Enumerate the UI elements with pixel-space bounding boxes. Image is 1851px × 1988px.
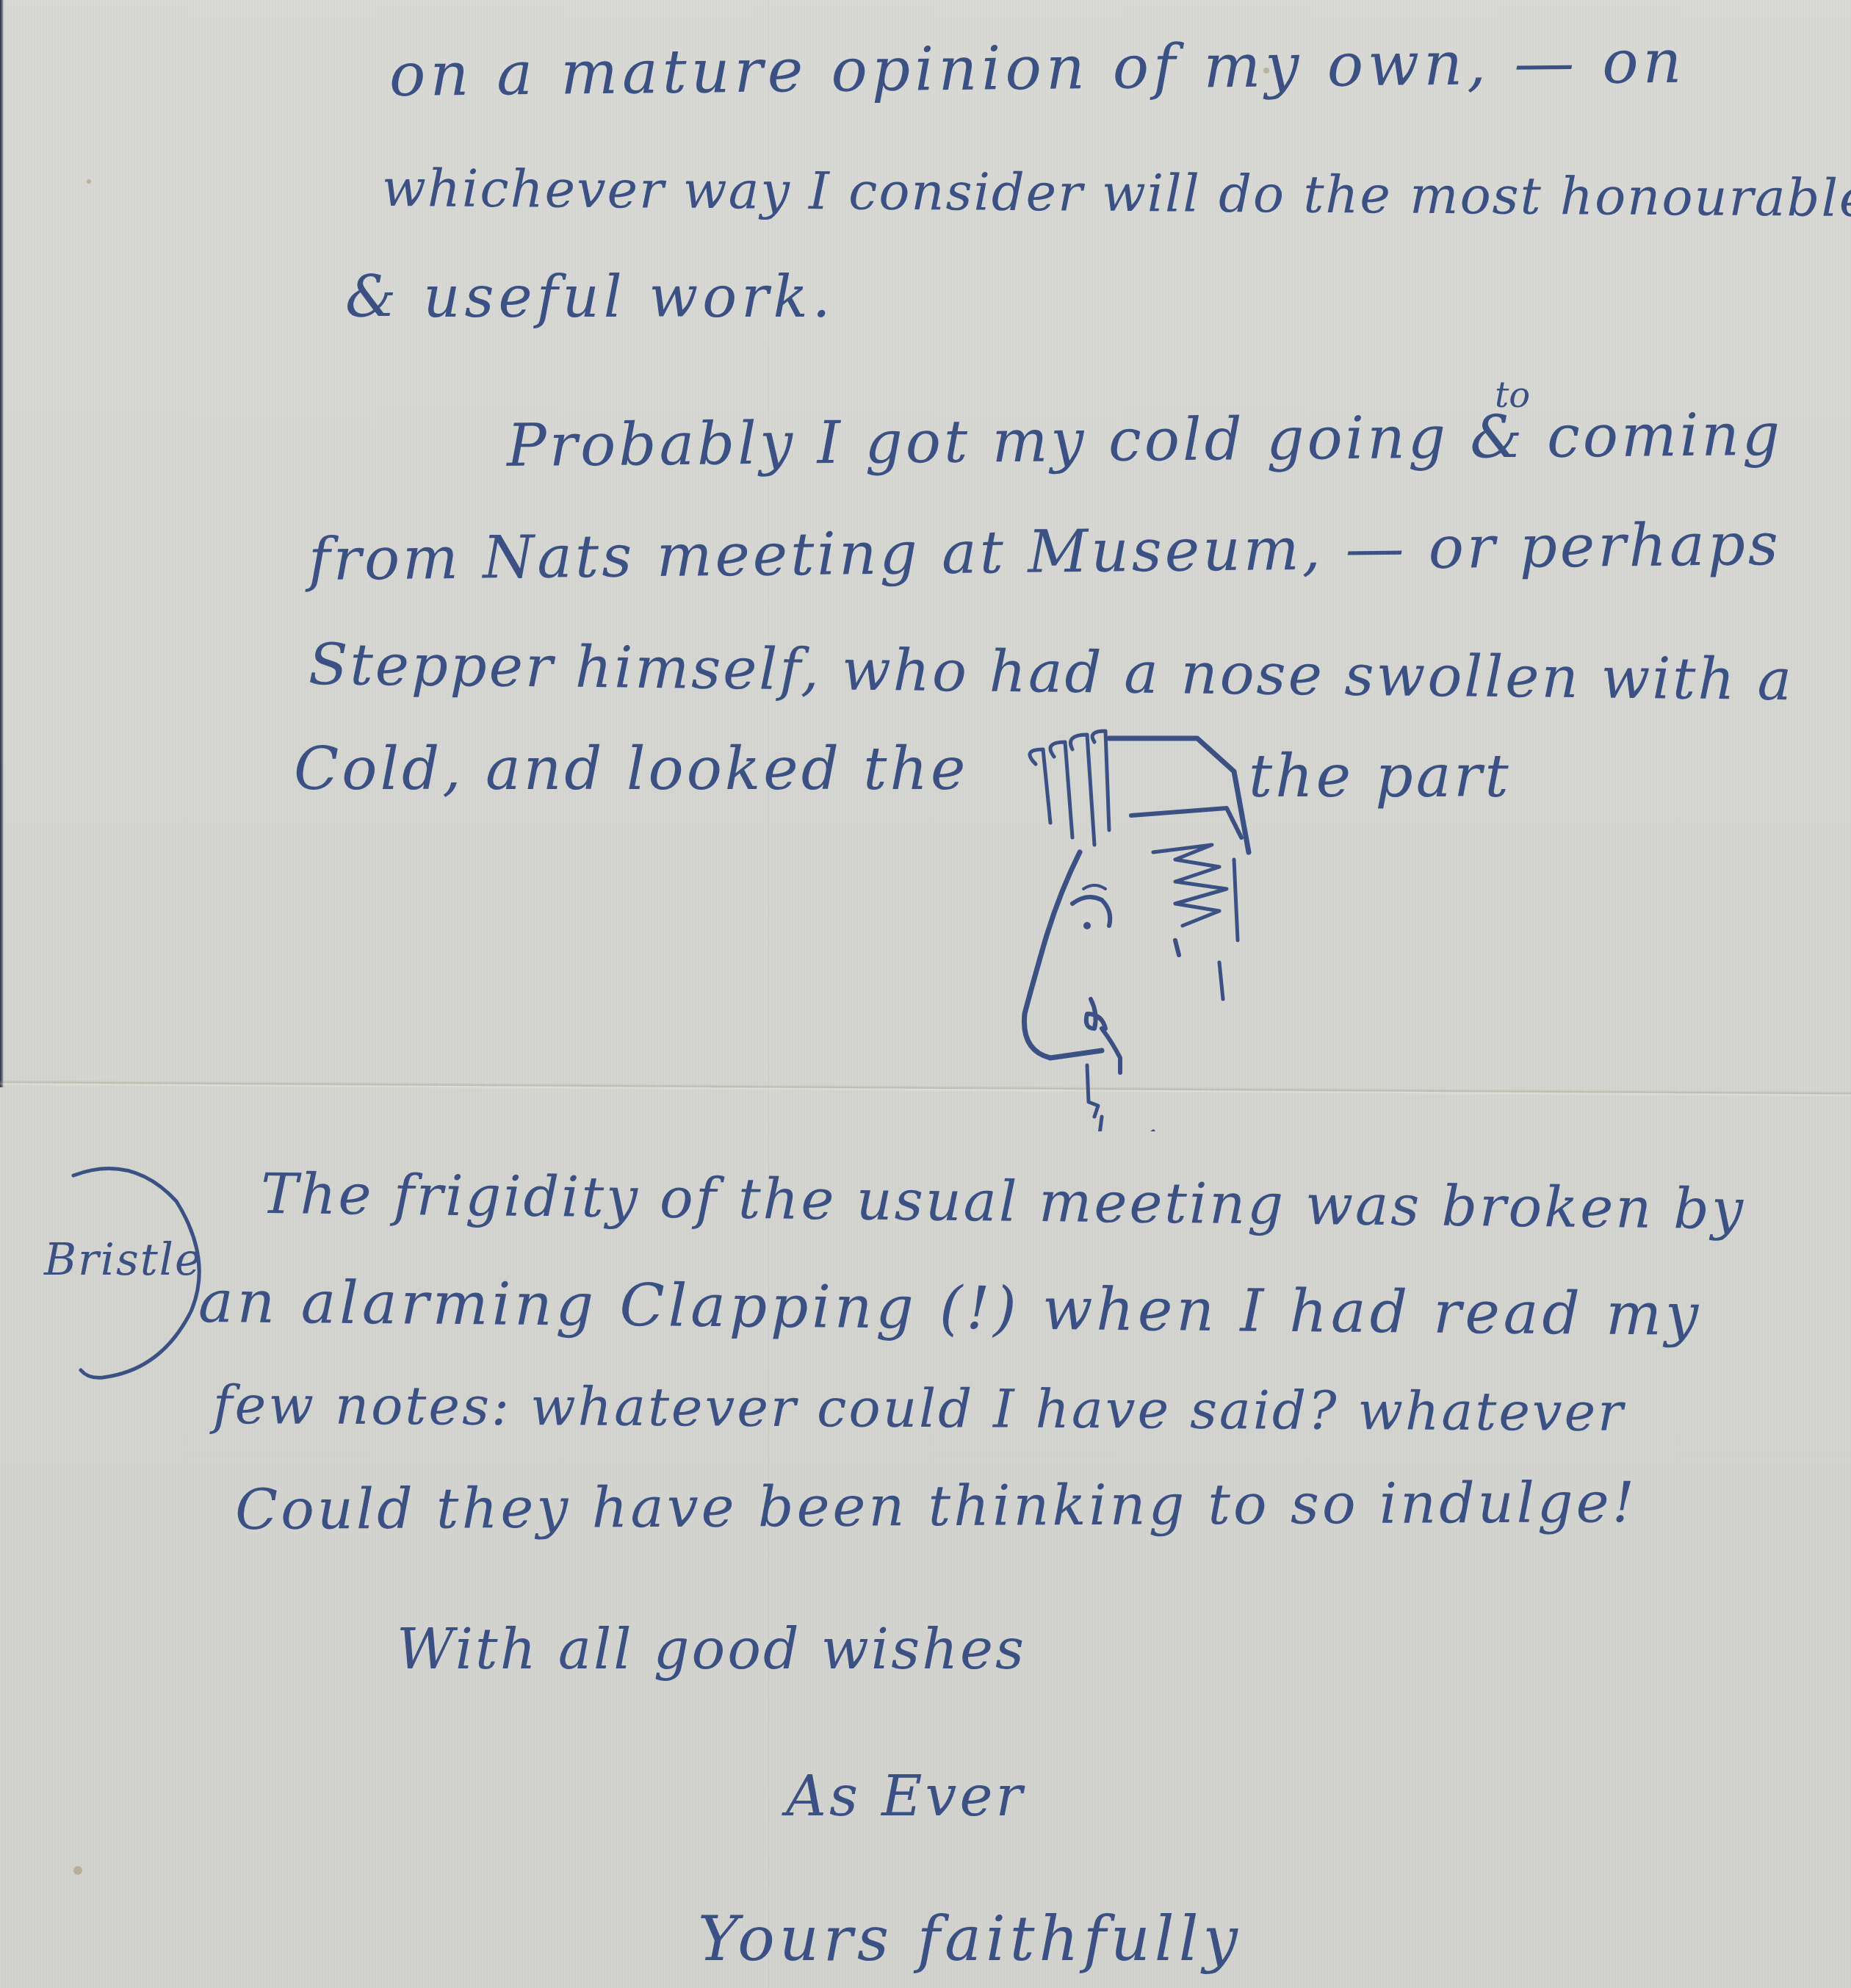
paper-left-edge — [0, 0, 4, 1087]
letter-line-12: Could they have been thinking to so indu… — [235, 1469, 1638, 1542]
letter-line-10: an alarming Clapping (!) when I had read… — [198, 1267, 1703, 1349]
closing-yours-faithfully: Yours faithfully — [698, 1903, 1242, 1975]
letter-line-2: whichever way I consider will do the mos… — [382, 158, 1851, 228]
closing-wishes: With all good wishes — [397, 1616, 1026, 1682]
caricature-sketch — [955, 705, 1366, 1131]
closing-as-ever: As Ever — [786, 1763, 1025, 1829]
paper-stain — [87, 179, 91, 184]
letter-line-1: on a mature opinion of my own, — on — [389, 27, 1686, 110]
letter-line-7: Cold, and looked the — [294, 735, 968, 803]
letter-paper — [0, 0, 1851, 1988]
letter-line-3: & useful work. — [345, 264, 835, 331]
inserted-word-to: to — [1495, 375, 1530, 416]
margin-note-text: Bristle — [44, 1234, 203, 1286]
letter-line-11: few notes: whatever could I have said? w… — [213, 1374, 1626, 1443]
letter-line-4: Probably I got my cold going & coming — [507, 400, 1783, 480]
paper-stain — [73, 1866, 82, 1875]
